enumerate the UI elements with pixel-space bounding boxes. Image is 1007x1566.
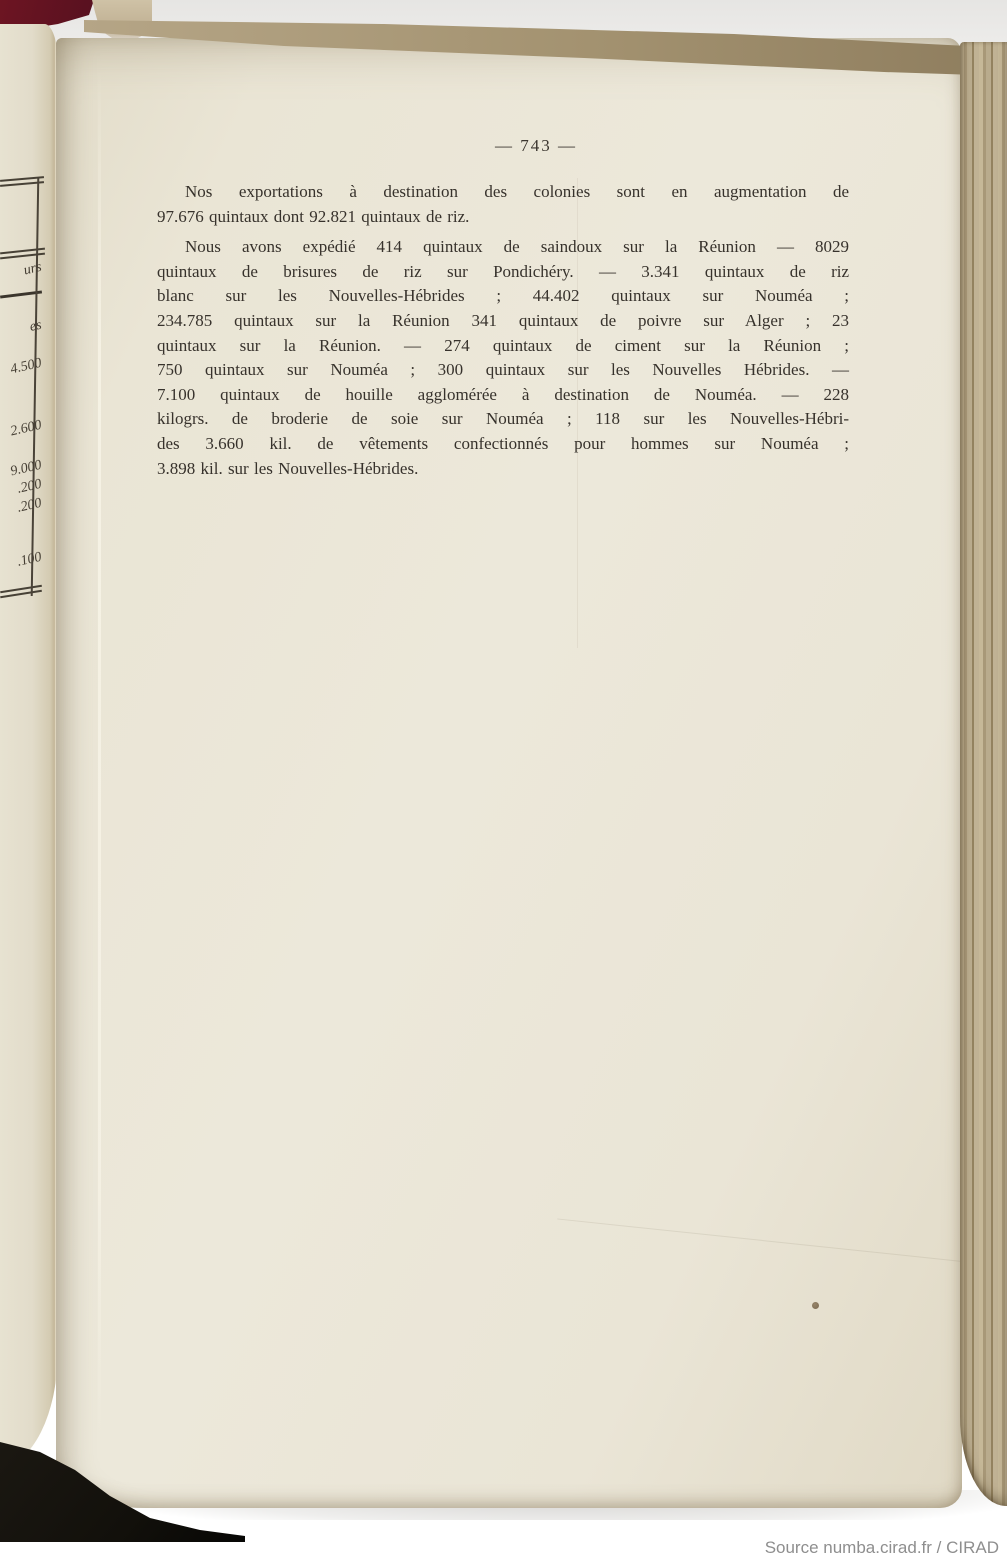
text-line: quintaux de brisures de riz sur Pondiché… [157, 260, 849, 285]
page-stack-right-edge [960, 42, 1007, 1506]
page-text: Nos exportations à destination des colon… [157, 180, 849, 481]
paragraph-1: Nos exportations à destination des colon… [157, 180, 849, 229]
paragraph-2: Nous avons expédié 414 quintaux de saind… [157, 235, 849, 481]
text-line: des 3.660 kil. de vêtements confectionné… [157, 432, 849, 457]
book-page: — 743 — Nos exportations à destination d… [56, 38, 962, 1508]
text-line: 7.100 quintaux de houille agglomérée à d… [157, 383, 849, 408]
text-line: Nos exportations à destination des colon… [157, 180, 849, 205]
text-line: 750 quintaux sur Nouméa ; 300 quintaux s… [157, 358, 849, 383]
table-header-fragment: urs [0, 259, 45, 284]
previous-page-table-fragment: urs es 4.500 2.600 9.000 .200 .200 .100 [0, 176, 48, 608]
source-credit: Source numba.cirad.fr / CIRAD [765, 1538, 999, 1558]
text-line: blanc sur les Nouvelles-Hébrides ; 44.40… [157, 284, 849, 309]
text-line: quintaux sur la Réunion. — 274 quintaux … [157, 334, 849, 359]
book-scan-photo: urs es 4.500 2.600 9.000 .200 .200 .100 … [0, 0, 1007, 1566]
gutter-highlight [98, 68, 101, 1448]
table-column-border [31, 178, 39, 596]
table-value-fragment: .100 [0, 549, 45, 574]
table-row-fragment: es [0, 317, 45, 342]
table-value-fragment: 2.600 [0, 417, 45, 442]
table-rule [0, 253, 45, 259]
text-line: 3.898 kil. sur les Nouvelles-Hébrides. [157, 457, 849, 482]
text-line: 234.785 quintaux sur la Réunion 341 quin… [157, 309, 849, 334]
text-line: Nous avons expédié 414 quintaux de saind… [157, 235, 849, 260]
page-number: — 743 — [416, 136, 656, 156]
paper-speck [812, 1302, 819, 1309]
paper-crease [557, 1218, 1007, 1268]
table-value-fragment: 4.500 [0, 355, 45, 380]
text-line: kilogrs. de broderie de soie sur Nouméa … [157, 407, 849, 432]
text-line: 97.676 quintaux dont 92.821 quintaux de … [157, 205, 849, 230]
